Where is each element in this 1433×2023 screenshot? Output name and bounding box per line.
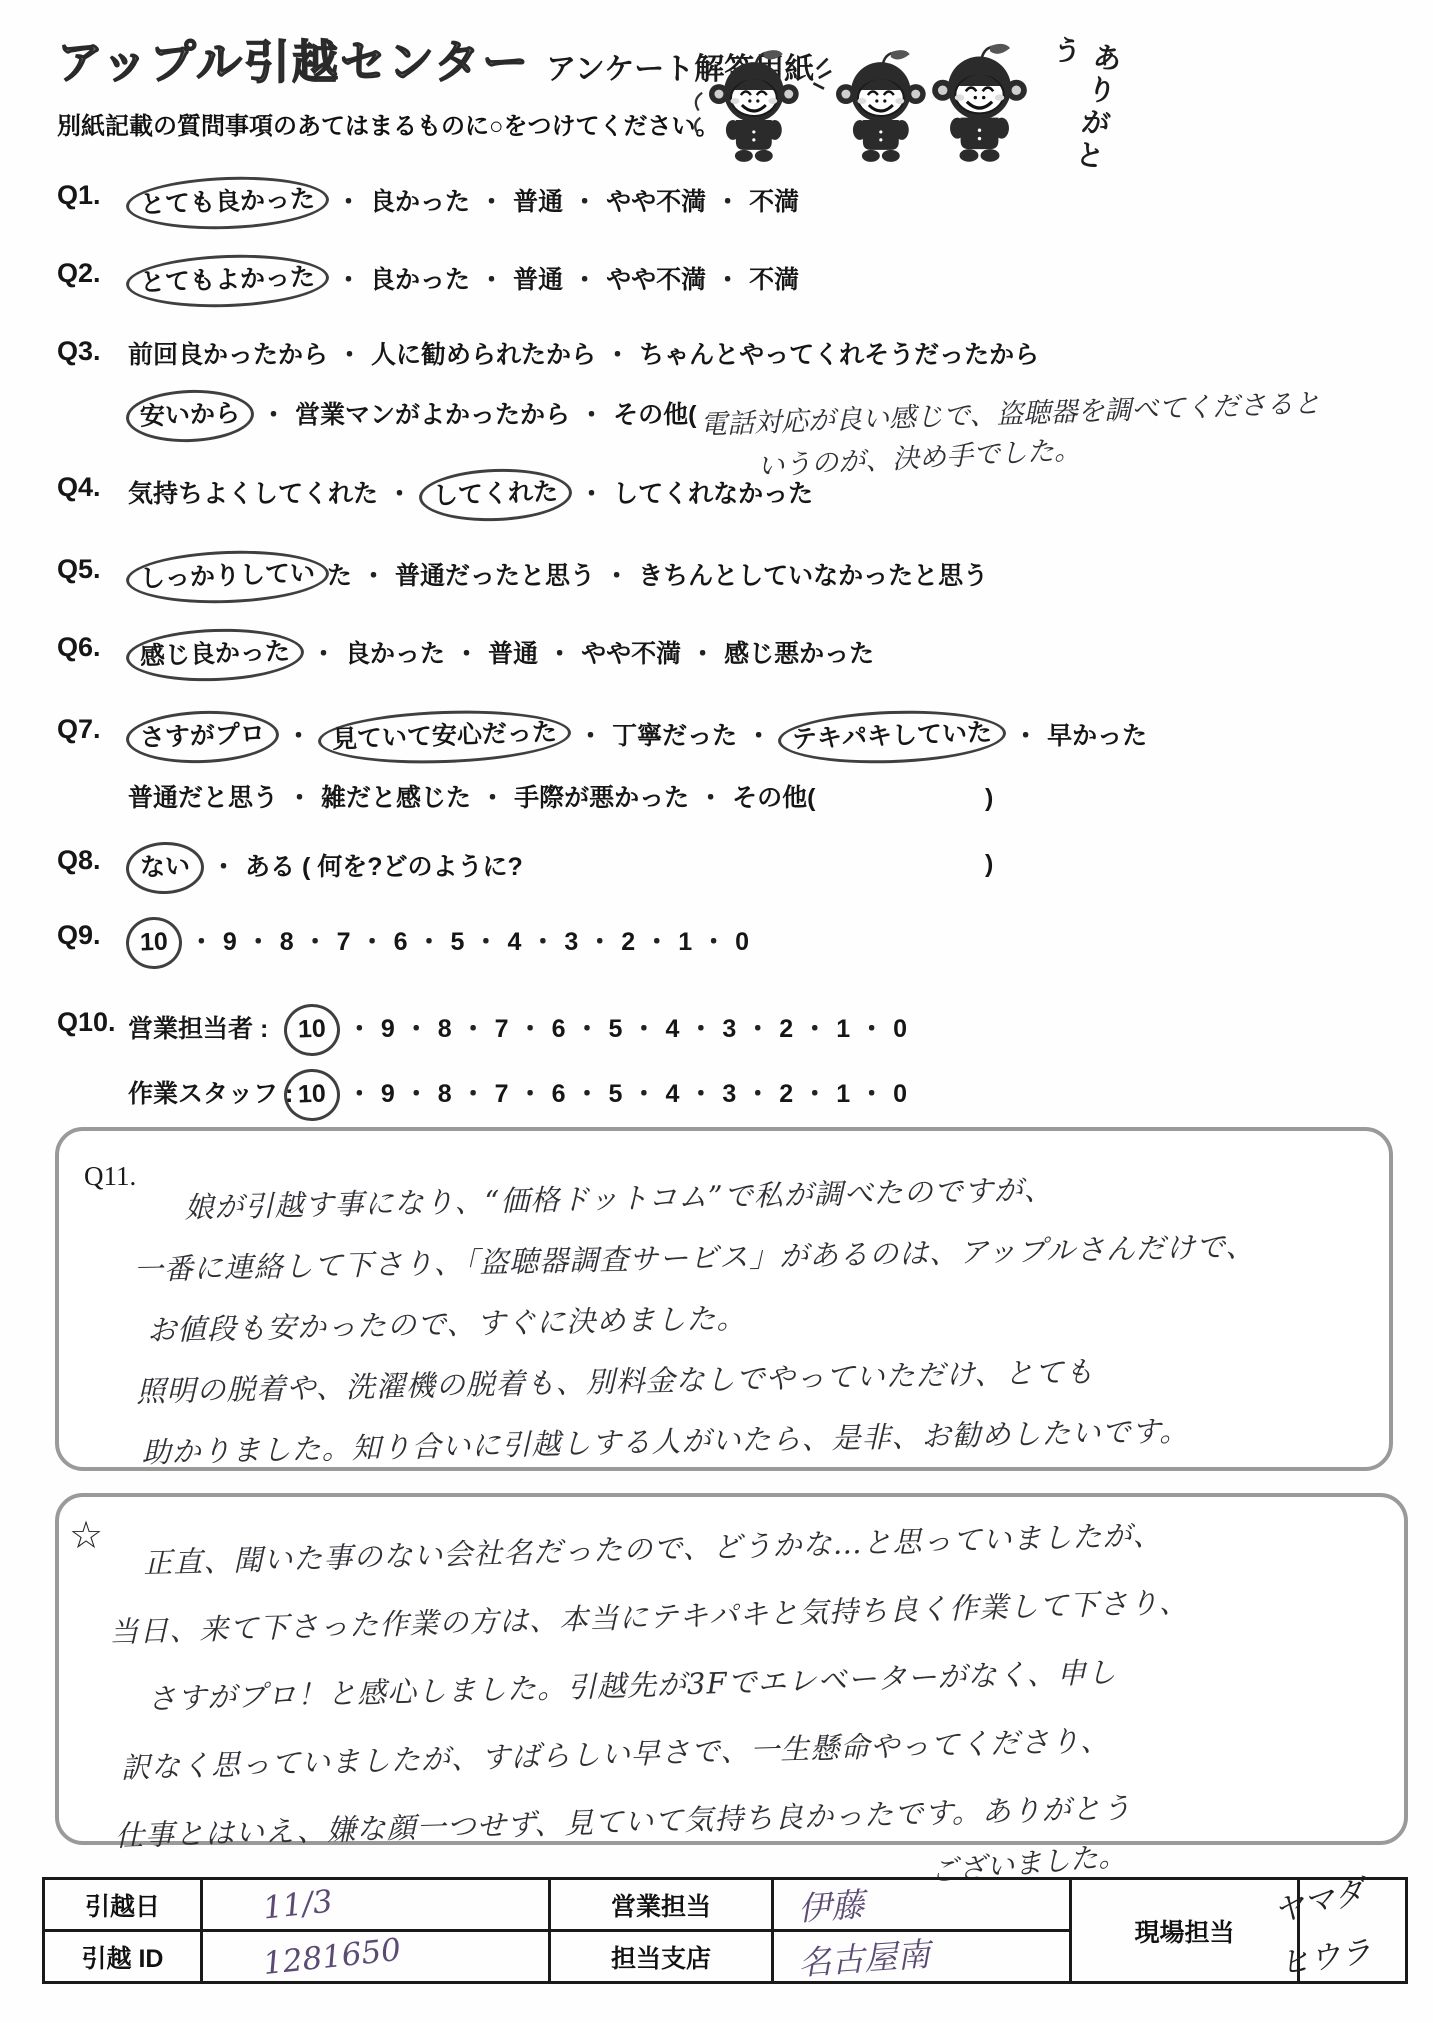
option-circled: 10 [125, 916, 183, 970]
monkey-mascot-icon [833, 42, 929, 176]
option: 0 [735, 928, 749, 956]
option: 2 [779, 1015, 793, 1043]
option-separator: ・ [404, 1015, 429, 1043]
option-separator: ・ [859, 1080, 884, 1108]
option-circled: さすがプロ [125, 708, 280, 765]
option: 9 [223, 928, 237, 956]
option-separator: ・ [189, 928, 214, 956]
option: 営業マンがよかったから [295, 401, 570, 429]
option-circled: 見ていて安心だった [317, 707, 572, 768]
sales-rep-cell: 伊藤 [773, 1879, 1071, 1931]
option: 丁寧だった [612, 722, 737, 750]
option-separator: ・ [578, 722, 603, 750]
move-id-label: 引越 ID [44, 1931, 202, 1983]
option-separator: ・ [286, 722, 311, 750]
option: 7 [337, 928, 351, 956]
option-separator: ・ [698, 784, 723, 812]
option: 雑だと感じた [321, 784, 471, 812]
question-q8: Q8.ない・ある ( 何を?どのように?) [57, 845, 523, 891]
question-number: Q7. [57, 714, 128, 817]
option: 1 [678, 928, 692, 956]
close-paren: ) [985, 845, 993, 883]
brand-logo-text: アップル引越センター [57, 26, 530, 92]
option: 5 [609, 1015, 623, 1043]
option: 不満 [749, 266, 799, 294]
star-handwritten-comment: 正直、聞いた事のない会社名だったので、どうかな…と思っていましたが、 当日、来て… [106, 1500, 1195, 1870]
option-separator: ・ [417, 928, 442, 956]
motion-lines-icon [688, 84, 706, 146]
option-circled: テキパキしていた [777, 707, 1007, 767]
question-q7: Q7.さすがプロ・見ていて安心だった・丁寧だった・テキパキしていた・早かった普通… [57, 714, 1147, 817]
option-separator: ・ [802, 1080, 827, 1108]
option-separator: ・ [287, 784, 312, 812]
option-separator: ・ [361, 562, 386, 590]
option-separator: ・ [480, 784, 505, 812]
option-separator: ・ [530, 928, 555, 956]
question-q3: Q3.前回良かったから・人に勧められたから・ちゃんとやってくれそうだったから安い… [57, 336, 1321, 439]
option-separator: ・ [579, 480, 604, 508]
move-date-cell: 11/3 [202, 1879, 550, 1931]
option: ある ( 何を?どのように? [245, 853, 523, 881]
option: 9 [381, 1015, 395, 1043]
sales-rep-label: 営業担当 [550, 1879, 773, 1931]
question-number: Q9. [57, 920, 128, 966]
option-separator: ・ [347, 1015, 372, 1043]
question-q2: Q2.とてもよかった・良かった・普通・やや不満・不満 [57, 258, 799, 304]
option-separator: ・ [688, 1015, 713, 1043]
option-separator: ・ [715, 266, 740, 294]
option: 普通 [513, 188, 563, 216]
option-separator: ・ [404, 1080, 429, 1108]
option-separator: ・ [579, 401, 604, 429]
option: 感じ悪かった [724, 640, 874, 668]
option-separator: ・ [746, 722, 771, 750]
thanks-note: ありがとう [1025, 32, 1130, 182]
option: 人に勧められたから [371, 341, 596, 369]
option-separator: ・ [631, 1080, 656, 1108]
branch-value: 名古屋南 [797, 1928, 932, 1984]
option-separator: ・ [387, 480, 412, 508]
sparkle-icon [801, 50, 833, 106]
option: 不満 [749, 188, 799, 216]
option-separator: ・ [859, 1015, 884, 1043]
footer-table: 引越日 11/3 営業担当 伊藤 現場担当 ヤマダ ヒウラ 引越 ID 1281… [42, 1877, 1408, 1984]
site-manager-cell: ヤマダ ヒウラ [1299, 1879, 1407, 1983]
option-separator: ・ [479, 266, 504, 294]
option-separator: ・ [454, 640, 479, 668]
option-separator: ・ [461, 1015, 486, 1043]
option-separator: ・ [715, 188, 740, 216]
branch-label: 担当支店 [550, 1931, 773, 1983]
option: 7 [495, 1080, 509, 1108]
move-id-value: 1281650 [261, 1931, 402, 1981]
option-separator: ・ [311, 640, 336, 668]
question-q5: Q5.しっかりしていた・普通だったと思う・きちんとしていなかったと思う [57, 554, 988, 600]
option-group-label: 作業スタッフ : [128, 1075, 286, 1113]
option-circled: とても良かった [125, 173, 330, 232]
option: 3 [722, 1015, 736, 1043]
option: た [327, 562, 352, 590]
option: 8 [438, 1015, 452, 1043]
option-separator: ・ [518, 1080, 543, 1108]
option-separator: ・ [479, 188, 504, 216]
option-separator: ・ [745, 1015, 770, 1043]
option-separator: ・ [572, 266, 597, 294]
option: やや不満 [581, 640, 681, 668]
option: 8 [438, 1080, 452, 1108]
question-number: Q1. [57, 180, 128, 226]
option: 良かった [345, 640, 445, 668]
mascot-group: ありがとう [688, 24, 1118, 176]
option-circled: しっかりしてい [125, 547, 330, 606]
option-separator: ・ [518, 1015, 543, 1043]
site-manager-label: 現場担当 [1071, 1879, 1299, 1983]
option-separator: ・ [631, 1015, 656, 1043]
option: その他( [732, 784, 815, 812]
option-circled: とてもよかった [125, 251, 330, 310]
option: 2 [779, 1080, 793, 1108]
option-circled: 感じ良かった [125, 626, 305, 684]
option-separator: ・ [336, 188, 361, 216]
option-separator: ・ [572, 188, 597, 216]
option-separator: ・ [745, 1080, 770, 1108]
option-separator: ・ [701, 928, 726, 956]
move-id-cell: 1281650 [202, 1931, 550, 1983]
option-circled: してくれた [418, 466, 573, 523]
option-circled: ない [125, 841, 205, 896]
option: 3 [722, 1080, 736, 1108]
option: 普通 [488, 640, 538, 668]
monkey-mascot-icon [706, 42, 802, 176]
star-comment-box: ☆ 正直、聞いた事のない会社名だったので、どうかな…と思っていましたが、 当日、… [55, 1493, 1408, 1845]
option-group-label: 営業担当者 : [128, 1010, 286, 1048]
option: その他( [613, 401, 696, 429]
option-separator: ・ [336, 266, 361, 294]
option-circled: 10 [283, 1068, 341, 1122]
q11-comment-box: Q11. 娘が引越す事になり、“価格ドットコム”で私が調べたのですが、 一番に連… [55, 1127, 1393, 1471]
option: 手際が悪かった [514, 784, 689, 812]
option-separator: ・ [690, 640, 715, 668]
option: 1 [836, 1015, 850, 1043]
option: 2 [621, 928, 635, 956]
option-circled: 安いから [125, 388, 255, 444]
option: 1 [836, 1080, 850, 1108]
question-q1: Q1.とても良かった・良かった・普通・やや不満・不満 [57, 180, 799, 226]
option: してくれなかった [613, 480, 813, 508]
question-number: Q6. [57, 632, 128, 678]
option: 気持ちよくしてくれた [128, 480, 378, 508]
option: 早かった [1047, 722, 1147, 750]
star-icon: ☆ [69, 1513, 103, 1558]
question-number: Q5. [57, 554, 128, 600]
option-separator: ・ [473, 928, 498, 956]
question-q10: Q10.営業担当者 :10・9・8・7・6・5・4・3・2・1・0作業スタッフ … [57, 1007, 907, 1118]
option-separator: ・ [337, 341, 362, 369]
option: 7 [495, 1015, 509, 1043]
option: 8 [280, 928, 294, 956]
question-number: Q10. [57, 1007, 128, 1118]
option: きちんとしていなかったと思う [638, 562, 988, 590]
option: 良かった [370, 188, 470, 216]
option-separator: ・ [605, 341, 630, 369]
option-separator: ・ [261, 401, 286, 429]
site-manager-name: ヤマダ [1268, 1865, 1369, 1931]
option: 0 [893, 1080, 907, 1108]
option: 4 [507, 928, 521, 956]
question-q6: Q6.感じ良かった・良かった・普通・やや不満・感じ悪かった [57, 632, 874, 678]
option: 6 [394, 928, 408, 956]
table-row: 引越日 11/3 営業担当 伊藤 現場担当 ヤマダ ヒウラ [44, 1879, 1407, 1931]
branch-cell: 名古屋南 [773, 1931, 1071, 1983]
option: 4 [665, 1015, 679, 1043]
option-separator: ・ [802, 1015, 827, 1043]
option-separator: ・ [211, 853, 236, 881]
option: 0 [893, 1015, 907, 1043]
option-separator: ・ [547, 640, 572, 668]
option-circled: 10 [283, 1003, 341, 1057]
option-separator: ・ [461, 1080, 486, 1108]
option: 3 [564, 928, 578, 956]
option: 6 [552, 1080, 566, 1108]
option-separator: ・ [575, 1080, 600, 1108]
option: ちゃんとやってくれそうだったから [639, 341, 1039, 369]
option: 4 [665, 1080, 679, 1108]
q11-handwritten-comment: 娘が引越す事になり、“価格ドットコム”で私が調べたのですが、 一番に連絡して下さ… [124, 1155, 1260, 1484]
question-number: Q2. [57, 258, 128, 304]
option-separator: ・ [347, 1080, 372, 1108]
option: 6 [552, 1015, 566, 1043]
option: 普通だと思う [128, 784, 278, 812]
option-separator: ・ [246, 928, 271, 956]
option: 普通だったと思う [395, 562, 595, 590]
option-separator: ・ [360, 928, 385, 956]
close-paren: ) [985, 779, 993, 817]
option-separator: ・ [1013, 722, 1038, 750]
option-separator: ・ [303, 928, 328, 956]
question-number: Q4. [57, 472, 128, 518]
question-q9: Q9.10・9・8・7・6・5・4・3・2・1・0 [57, 920, 749, 966]
survey-sheet: アップル引越センター アンケート解答用紙 別紙記載の質問事項のあてはまるものに○… [0, 0, 1433, 2023]
option: やや不満 [606, 266, 706, 294]
monkey-mascot-icon [929, 36, 1030, 176]
option: やや不満 [606, 188, 706, 216]
option: 良かった [370, 266, 470, 294]
option-separator: ・ [688, 1080, 713, 1108]
question-number: Q8. [57, 845, 128, 891]
question-q4: Q4.気持ちよくしてくれた・してくれた・してくれなかった [57, 472, 813, 518]
option: 5 [609, 1080, 623, 1108]
move-date-label: 引越日 [44, 1879, 202, 1931]
option-separator: ・ [644, 928, 669, 956]
option: 9 [381, 1080, 395, 1108]
question-number: Q3. [57, 336, 128, 439]
option: 5 [451, 928, 465, 956]
option-separator: ・ [604, 562, 629, 590]
option: 普通 [513, 266, 563, 294]
sales-rep-value: 伊藤 [796, 1879, 865, 1930]
option: 前回良かったから [128, 341, 328, 369]
move-date-value: 11/3 [261, 1883, 334, 1926]
option-separator: ・ [575, 1015, 600, 1043]
option-separator: ・ [587, 928, 612, 956]
